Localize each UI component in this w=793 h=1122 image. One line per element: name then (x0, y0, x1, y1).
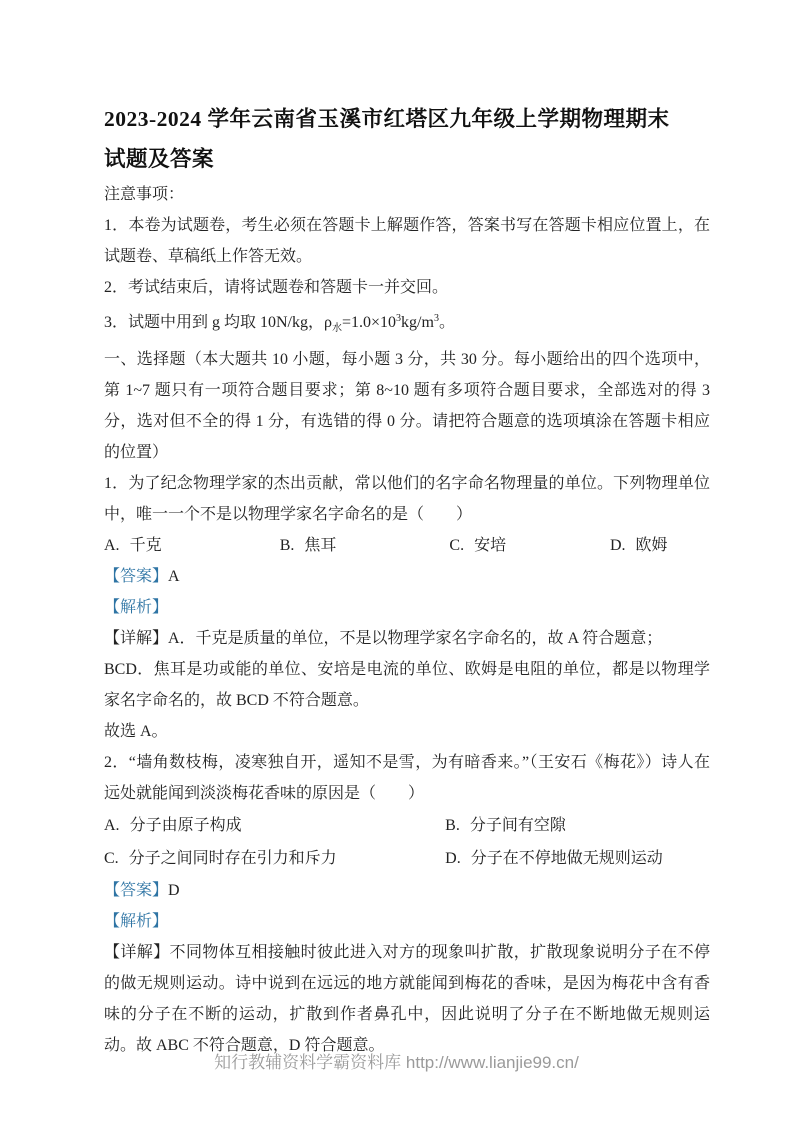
question-2-answer-line: 【答案】D (104, 875, 710, 906)
option-label: A. (104, 537, 120, 554)
option-label: D. (445, 850, 461, 867)
option-text: 分子在不停地做无规则运动 (471, 850, 663, 867)
document-content: 2023-2024 学年云南省玉溪市红塔区九年级上学期物理期末 试题及答案 注意… (104, 99, 710, 1061)
question-1-detail-paragraph-3: 故选 A。 (104, 716, 710, 747)
question-2-option-b: B.分子间有空隙 (445, 809, 710, 842)
question-1-option-d: D.欧姆 (610, 530, 710, 561)
question-1-detail-paragraph-1: 【详解】A．千克是质量的单位，不是以物理学家名字命名的，故 A 符合题意； (104, 623, 710, 654)
question-1-analysis-tag: 【解析】 (104, 592, 710, 623)
question-1-option-a: A.千克 (104, 530, 280, 561)
rho-water-subscript: 水 (332, 323, 342, 334)
question-2-option-c: C.分子之间同时存在引力和斥力 (104, 842, 445, 875)
exam-title: 2023-2024 学年云南省玉溪市红塔区九年级上学期物理期末 试题及答案 (104, 99, 710, 179)
option-text: 安培 (474, 537, 506, 554)
page-footer: 知行教辅资料学霸资料库 http://www.lianjie99.cn/ (0, 1048, 793, 1073)
question-2-detail-paragraph-1: 【详解】不同物体互相接触时彼此进入对方的现象叫扩散，扩散现象说明分子在不停的做无… (104, 937, 710, 1061)
answer-value: A (168, 568, 180, 585)
footer-brand: 知行教辅资料学霸资料库 (214, 1053, 406, 1072)
option-text: 欧姆 (636, 537, 668, 554)
question-2-options: A.分子由原子构成 B.分子间有空隙 C.分子之间同时存在引力和斥力 D.分子在… (104, 809, 710, 875)
answer-tag: 【答案】 (104, 568, 168, 585)
option-label: C. (104, 850, 119, 867)
option-label: D. (610, 537, 626, 554)
note-3-value: =1.0×10 (342, 314, 396, 331)
answer-tag: 【答案】 (104, 882, 168, 899)
option-label: B. (280, 537, 295, 554)
answer-value: D (168, 882, 180, 899)
question-1-options: A.千克 B.焦耳 C.安培 D.欧姆 (104, 530, 710, 561)
question-1-answer-line: 【答案】A (104, 561, 710, 592)
question-1-option-b: B.焦耳 (280, 530, 450, 561)
note-item-2: 2．考试结束后，请将试题卷和答题卡一并交回。 (104, 272, 710, 303)
question-2-option-a: A.分子由原子构成 (104, 809, 445, 842)
option-label: B. (445, 817, 460, 834)
question-1-option-c: C.安培 (449, 530, 610, 561)
notes-heading: 注意事项： (104, 179, 710, 210)
section-header: 一、选择题（本大题共 10 小题，每小题 3 分，共 30 分。每小题给出的四个… (104, 344, 710, 468)
question-1-stem: 1．为了纪念物理学家的杰出贡献，常以他们的名字命名物理量的单位。下列物理单位中，… (104, 468, 710, 530)
option-text: 分子间有空隙 (470, 817, 566, 834)
question-2-option-d: D.分子在不停地做无规则运动 (445, 842, 710, 875)
option-text: 分子之间同时存在引力和斥力 (129, 850, 337, 867)
footer-url[interactable]: http://www.lianjie99.cn/ (406, 1053, 579, 1072)
note-3-period: 。 (439, 314, 455, 331)
exam-title-line2: 试题及答案 (104, 139, 710, 179)
option-label: C. (449, 537, 464, 554)
note-3-text: 3．试题中用到 g 均取 10N/kg，ρ (104, 314, 332, 331)
question-2-stem: 2．“墙角数枝梅，凌寒独自开，遥知不是雪，为有暗香来。”（王安石《梅花》）诗人在… (104, 747, 710, 809)
document-page: 2023-2024 学年云南省玉溪市红塔区九年级上学期物理期末 试题及答案 注意… (0, 0, 793, 1122)
note-3-unit: kg/m (401, 314, 434, 331)
exam-title-line1: 2023-2024 学年云南省玉溪市红塔区九年级上学期物理期末 (104, 99, 710, 139)
option-label: A. (104, 817, 120, 834)
question-1-detail-paragraph-2: BCD．焦耳是功或能的单位、安培是电流的单位、欧姆是电阻的单位，都是以物理学家名… (104, 654, 710, 716)
question-2-analysis-tag: 【解析】 (104, 906, 710, 937)
option-text: 分子由原子构成 (130, 817, 242, 834)
option-text: 千克 (130, 537, 162, 554)
option-text: 焦耳 (304, 537, 336, 554)
note-item-3: 3．试题中用到 g 均取 10N/kg，ρ水=1.0×103kg/m3。 (104, 303, 710, 344)
note-item-1: 1．本卷为试题卷，考生必须在答题卡上解题作答，答案书写在答题卡相应位置上，在试题… (104, 210, 710, 272)
